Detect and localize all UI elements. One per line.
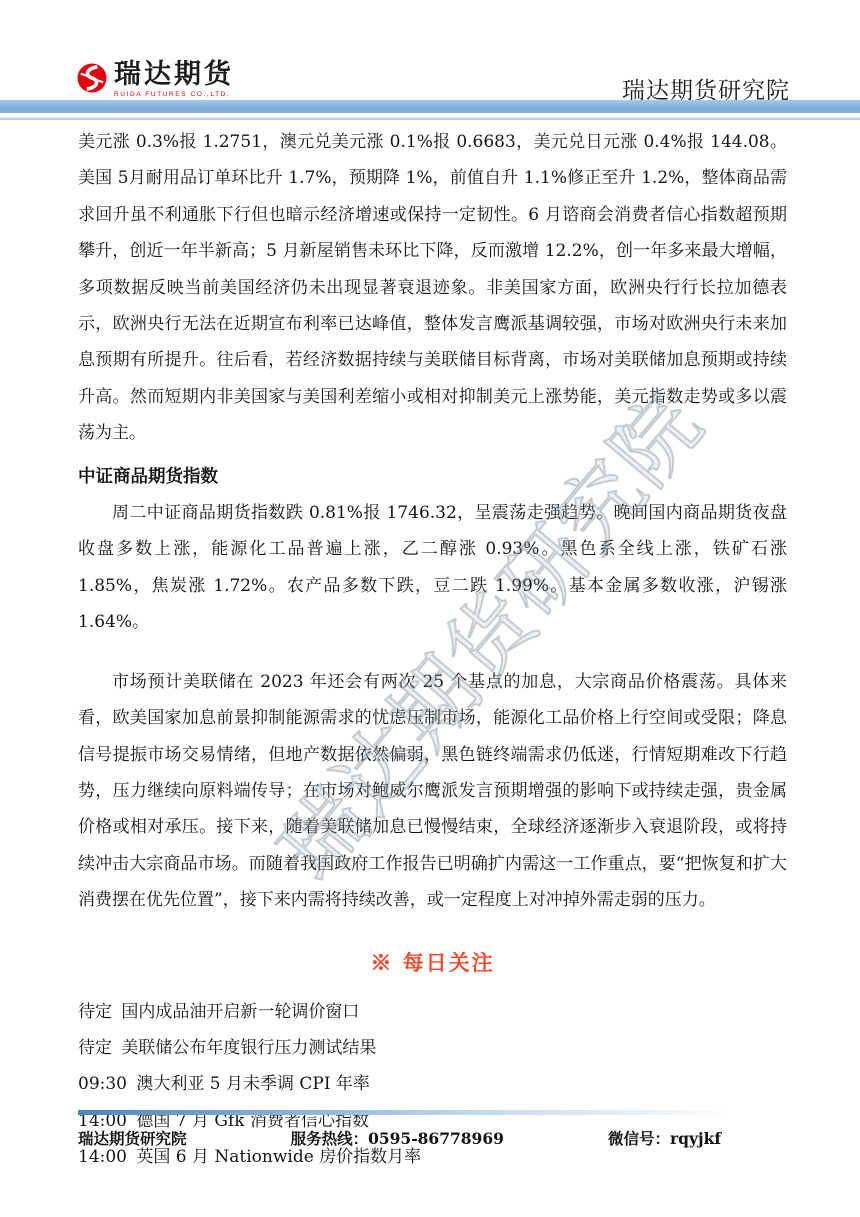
footer-row: 瑞达期货研究院 服务热线：0595-86778969 微信号：rqyjkf bbox=[78, 1127, 787, 1149]
footer-hotline: 服务热线：0595-86778969 bbox=[291, 1127, 504, 1149]
event-text: 澳大利亚 5 月未季调 CPI 年率 bbox=[136, 1074, 370, 1094]
header-blue-bar bbox=[0, 100, 860, 113]
ruida-logo-icon bbox=[76, 62, 108, 94]
section-heading-commodity-index: 中证商品期货指数 bbox=[78, 459, 787, 495]
event-item: 09:30澳大利亚 5 月未季调 CPI 年率 bbox=[78, 1066, 787, 1102]
event-text: 英国 6 月 Nationwide 房价指数月率 bbox=[136, 1147, 421, 1167]
logo-cn-text: 瑞达期货 bbox=[114, 60, 234, 88]
event-time: 待定 bbox=[78, 1030, 112, 1066]
footer-institute: 瑞达期货研究院 bbox=[78, 1127, 187, 1149]
market-outlook-paragraph: 市场预计美联储在 2023 年还会有两次 25 个基点的加息，大宗商品价格震荡。… bbox=[78, 664, 787, 919]
event-item: 待定国内成品油开启新一轮调价窗口 bbox=[78, 994, 787, 1030]
event-text: 国内成品油开启新一轮调价窗口 bbox=[121, 1002, 359, 1022]
page-footer: 瑞达期货研究院 服务热线：0595-86778969 微信号：rqyjkf bbox=[78, 1110, 787, 1149]
commodity-index-paragraph: 周二中证商品期货指数跌 0.81%报 1746.32，呈震荡走强趋势。晚间国内商… bbox=[78, 495, 787, 641]
event-text: 美联储公布年度银行压力测试结果 bbox=[121, 1038, 376, 1058]
event-time: 09:30 bbox=[78, 1066, 127, 1102]
footer-divider bbox=[78, 1110, 733, 1115]
footer-wechat: 微信号：rqyjkf bbox=[608, 1127, 721, 1149]
logo-en-text: RUIDA FUTURES CO.,LTD. bbox=[114, 91, 234, 98]
logo-text-block: 瑞达期货 RUIDA FUTURES CO.,LTD. bbox=[114, 60, 234, 98]
event-item: 待定美联储公布年度银行压力测试结果 bbox=[78, 1030, 787, 1066]
page-header: 瑞达期货 RUIDA FUTURES CO.,LTD. 瑞达期货研究院 bbox=[0, 0, 860, 100]
fx-market-paragraph: 美元涨 0.3%报 1.2751，澳元兑美元涨 0.1%报 0.6683，美元兑… bbox=[78, 124, 787, 452]
report-page: 瑞达期货 RUIDA FUTURES CO.,LTD. 瑞达期货研究院 美元涨 … bbox=[0, 0, 860, 1217]
report-body: 美元涨 0.3%报 1.2751，澳元兑美元涨 0.1%报 0.6683，美元兑… bbox=[78, 124, 787, 1176]
daily-focus-title: ※ 每日关注 bbox=[78, 948, 787, 978]
company-logo: 瑞达期货 RUIDA FUTURES CO.,LTD. bbox=[76, 60, 234, 98]
event-time: 待定 bbox=[78, 994, 112, 1030]
header-thin-rule bbox=[0, 117, 860, 120]
